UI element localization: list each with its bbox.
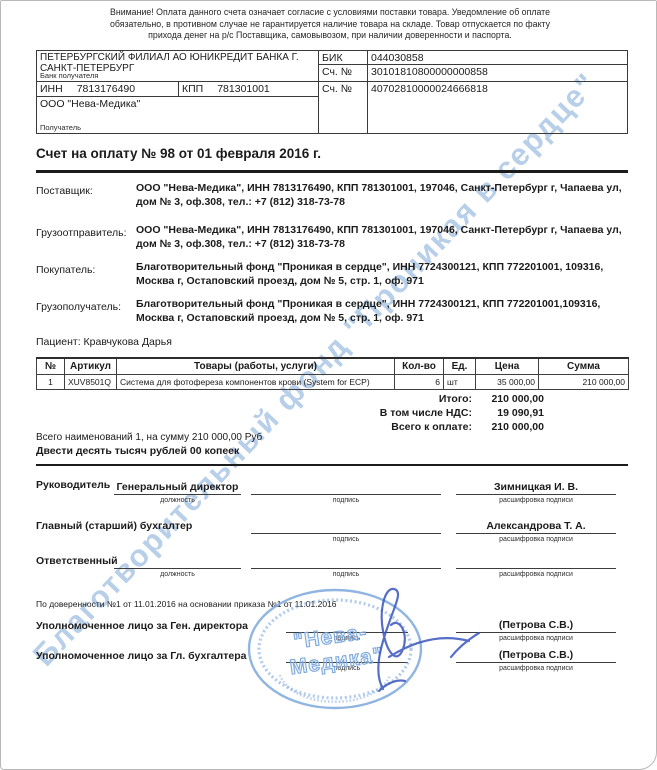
corr-account-value: 30101810800000000858 — [368, 65, 627, 82]
col-sku: Артикул — [65, 358, 117, 375]
invoice-title: Счет на оплату № 98 от 01 февраля 2016 г… — [36, 146, 321, 161]
vat-row: В том числе НДС: 19 090,91 — [288, 407, 544, 419]
account-value: 40702810000024666818 — [368, 82, 627, 133]
item-goods: Система для фотофереза компонентов крови… — [117, 375, 395, 390]
title-divider — [36, 170, 628, 173]
grand-total-row: Всего к оплате: 210 000,00 — [288, 421, 544, 433]
items-count-line: Всего наименований 1, на сумму 210 000,0… — [36, 432, 262, 443]
col-num: № — [37, 358, 65, 375]
payment-notice: Внимание! Оплата данного счета означает … — [99, 7, 561, 42]
item-price: 35 000,00 — [476, 375, 539, 390]
name-hint: расшифровка подписи — [456, 665, 616, 672]
total-value: 210 000,00 — [472, 393, 544, 405]
sign-hint: подпись — [251, 571, 441, 578]
party-label: Поставщик: — [36, 182, 136, 210]
corr-account-label: Сч. № — [319, 65, 368, 82]
item-num: 1 — [37, 375, 65, 390]
grand-total-label: Всего к оплате: — [288, 421, 472, 433]
name-hint: расшифровка подписи — [456, 571, 616, 578]
authorized-accountant-sign-line — [286, 648, 408, 663]
item-unit: шт — [444, 375, 476, 390]
sign-hint: подпись — [251, 536, 441, 543]
bank-name-hint: Банк получателя — [40, 72, 98, 80]
sign-hint: подпись — [286, 665, 408, 672]
party-value: Благотворительный фонд "Проникая в сердц… — [136, 261, 628, 289]
grand-total-value: 210 000,00 — [472, 421, 544, 433]
item-sku: XUV8501Q — [65, 375, 117, 390]
responsible-label: Ответственный — [36, 555, 118, 567]
attorney-line: По доверенности №1 от 11.01.2016 на осно… — [36, 599, 337, 609]
director-sign-line — [251, 480, 441, 495]
vat-label: В том числе НДС: — [288, 407, 472, 419]
vat-value: 19 090,91 — [472, 407, 544, 419]
col-unit: Ед. — [444, 358, 476, 375]
party-label: Покупатель: — [36, 261, 136, 289]
col-goods: Товары (работы, услуги) — [117, 358, 395, 375]
bank-details-table: ПЕТЕРБУРГСКИЙ ФИЛИАЛ АО ЮНИКРЕДИТ БАНКА … — [36, 50, 628, 134]
accountant-label: Главный (старший) бухгалтер — [36, 520, 192, 532]
authorized-director-sign-line — [286, 618, 408, 633]
position-hint: должность — [114, 497, 241, 504]
col-price: Цена — [476, 358, 539, 375]
total-row: Итого: 210 000,00 — [288, 393, 544, 405]
position-hint: должность — [114, 571, 241, 578]
sign-hint: подпись — [286, 635, 408, 642]
director-name-line: Зимницкая И. В. — [456, 480, 616, 495]
bank-name-cell: ПЕТЕРБУРГСКИЙ ФИЛИАЛ АО ЮНИКРЕДИТ БАНКА … — [37, 51, 319, 82]
kpp-label: КПП — [182, 83, 203, 95]
col-sum: Сумма — [539, 358, 629, 375]
party-supplier: Поставщик: ООО "Нева-Медика", ИНН 781317… — [36, 182, 628, 210]
responsible-sign-line — [251, 554, 441, 569]
accountant-name-line: Александрова Т. А. — [456, 519, 616, 534]
account-label: Сч. № — [319, 82, 368, 133]
authorized-director-name-line: (Петрова С.В.) — [456, 618, 616, 633]
amount-in-words: Двести десять тысяч рублей 00 копеек — [36, 445, 239, 457]
receiver-name: ООО "Нева-Медика" — [40, 98, 140, 110]
table-row: 1 XUV8501Q Система для фотофереза компон… — [37, 375, 629, 390]
accountant-sign-line — [251, 519, 441, 534]
kpp-value: 781301001 — [217, 83, 270, 95]
responsible-name-line — [456, 554, 616, 569]
director-label: Руководитель — [36, 479, 110, 491]
party-consignor: Грузоотправитель: ООО "Нева-Медика", ИНН… — [36, 224, 628, 252]
party-value: ООО "Нева-Медика", ИНН 7813176490, КПП 7… — [136, 182, 628, 210]
party-consignee: Грузополучатель: Благотворительный фонд … — [36, 298, 628, 326]
name-hint: расшифровка подписи — [456, 497, 616, 504]
inn-label: ИНН — [40, 83, 63, 95]
authorized-director-label: Уполномоченное лицо за Ген. директора — [36, 620, 248, 632]
total-label: Итого: — [288, 393, 472, 405]
receiver-hint: Получатель — [40, 123, 81, 132]
responsible-position-line — [114, 554, 241, 569]
col-qty: Кол-во — [395, 358, 444, 375]
party-buyer: Покупатель: Благотворительный фонд "Прон… — [36, 261, 628, 289]
summary-divider — [36, 464, 628, 466]
receiver-cell: ООО "Нева-Медика" Получатель — [37, 97, 319, 133]
bik-label: БИК — [319, 51, 368, 65]
patient-line: Пациент: Кравчукова Дарья — [36, 336, 172, 348]
director-position-line: Генеральный директор — [114, 480, 241, 495]
item-sum: 210 000,00 — [539, 375, 629, 390]
bik-value: 044030858 — [368, 51, 627, 65]
name-hint: расшифровка подписи — [456, 635, 616, 642]
items-header-row: № Артикул Товары (работы, услуги) Кол-во… — [37, 358, 629, 375]
inn-value: 7813176490 — [77, 83, 135, 95]
authorized-accountant-name-line: (Петрова С.В.) — [456, 648, 616, 663]
sign-hint: подпись — [251, 497, 441, 504]
party-value: Благотворительный фонд "Проникая в сердц… — [136, 298, 628, 326]
name-hint: расшифровка подписи — [456, 536, 616, 543]
inn-cell: ИНН7813176490 — [37, 82, 179, 97]
kpp-cell: КПП781301001 — [179, 82, 319, 97]
invoice-page: Благотворительный фонд "Проникая в сердц… — [0, 0, 657, 770]
party-label: Грузополучатель: — [36, 298, 136, 326]
authorized-accountant-label: Уполномоченное лицо за Гл. бухгалтера — [36, 650, 246, 662]
item-qty: 6 — [395, 375, 444, 390]
items-table: № Артикул Товары (работы, услуги) Кол-во… — [36, 357, 629, 390]
party-value: ООО "Нева-Медика", ИНН 7813176490, КПП 7… — [136, 224, 628, 252]
party-label: Грузоотправитель: — [36, 224, 136, 252]
